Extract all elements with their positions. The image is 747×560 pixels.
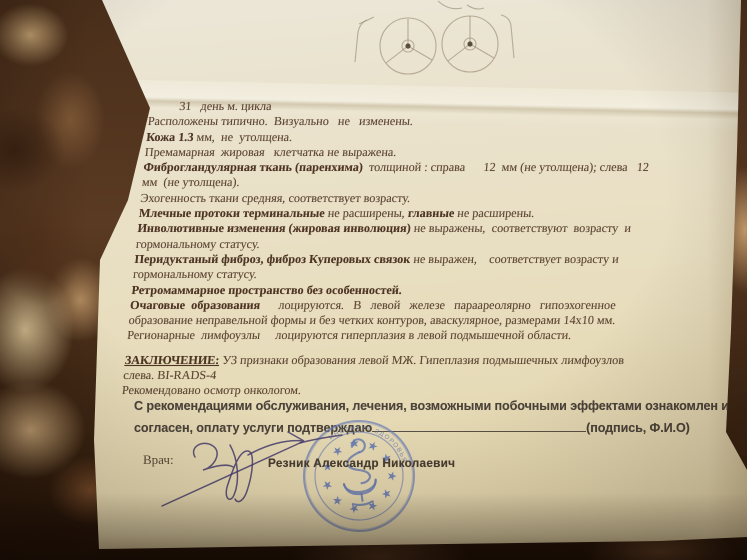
report-line: Кожа 1.3 мм, не утолщена. bbox=[146, 130, 719, 145]
report-line: Очаговые образования лоцируются. В левой… bbox=[129, 298, 702, 313]
report-line: Регионарные лимфоузлы лоцируются гиперпл… bbox=[126, 328, 699, 343]
conclusion-lines: ЗАКЛЮЧЕНИЕ: УЗ признаки образования лево… bbox=[121, 353, 697, 399]
report-line: гормональному статусу. bbox=[135, 237, 708, 252]
report-line: Ретромаммарное пространство без особенно… bbox=[131, 283, 704, 298]
report-line: ЗАКЛЮЧЕНИЕ: УЗ признаки образования лево… bbox=[124, 353, 697, 368]
report-line: Премамарная жировая клетчатка не выражен… bbox=[144, 145, 717, 160]
report-line: 31 день м. цикла bbox=[149, 99, 722, 114]
findings-lines: 31 день м. циклаРасположены типично. Виз… bbox=[126, 99, 722, 344]
consent-signature-caption: (подпись, Ф.И.О) bbox=[586, 421, 690, 435]
report-line: Расположены типично. Визуально не измене… bbox=[147, 114, 720, 129]
report-line: образование неправельной формы и без чет… bbox=[128, 313, 701, 328]
corner-fold-crease bbox=[79, 0, 145, 118]
report-line: Инволютивные изменения (жировая инволюци… bbox=[137, 221, 710, 236]
document-paper: 31 день м. циклаРасположены типично. Виз… bbox=[0, 0, 747, 560]
report-line: Эхогенность ткани средняя, соответствует… bbox=[140, 191, 713, 206]
doctor-signature bbox=[150, 425, 410, 520]
report-line: Фиброгландулярная ткань (паренхима) толщ… bbox=[143, 160, 716, 175]
report-line: гормональному статусу. bbox=[132, 267, 705, 282]
report-line: мм (не утолщена). bbox=[141, 175, 714, 190]
report-line: Млечные протоки терминальные не расширен… bbox=[138, 206, 711, 221]
ultrasound-report-photo: 31 день м. циклаРасположены типично. Виз… bbox=[0, 0, 747, 560]
report-line: Перидуктаный фиброз, фиброз Куперовых св… bbox=[134, 252, 707, 267]
breast-diagram-icon bbox=[345, 0, 545, 92]
report-body: 31 день м. циклаРасположены типично. Виз… bbox=[121, 99, 722, 399]
consent-line-1: С рекомендациями обслуживания, лечения, … bbox=[134, 396, 719, 418]
report-line: слева. BI-RADS-4 bbox=[123, 368, 696, 383]
